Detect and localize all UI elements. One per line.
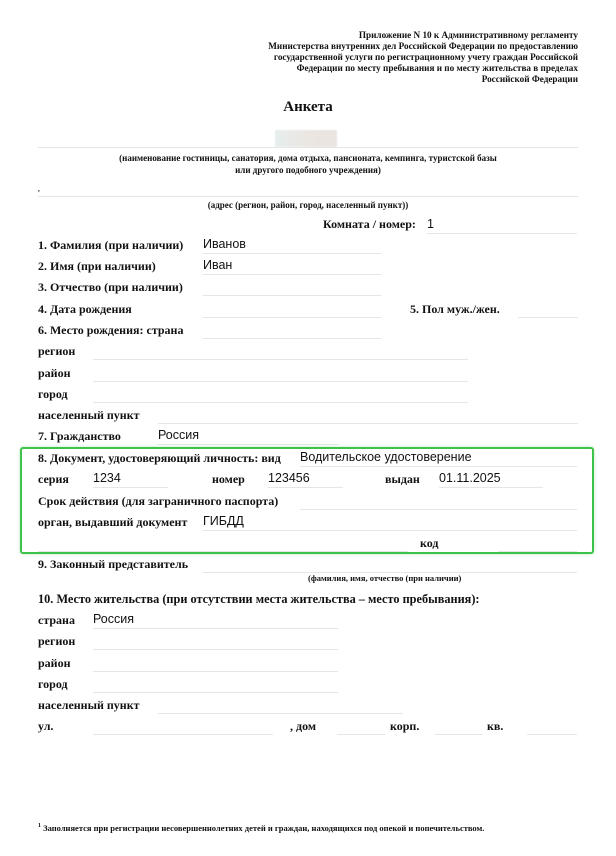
authority-label: орган, выдавший документ: [38, 515, 187, 530]
residence-locality-input[interactable]: [158, 695, 403, 714]
authority-continuation-input[interactable]: [38, 533, 408, 552]
validity-label: Срок действия (для заграничного паспорта…: [38, 494, 278, 509]
issued-date-input[interactable]: [439, 469, 543, 488]
birth-date-input[interactable]: [203, 299, 381, 318]
representative-label: 9. Законный представитель: [38, 557, 188, 572]
residence-country-label: страна: [38, 613, 75, 628]
residence-label: 10. Место жительства (при отсутствии мес…: [38, 592, 480, 607]
birth-date-label: 4. Дата рождения: [38, 302, 132, 317]
surname-input[interactable]: [203, 235, 381, 254]
birth-country-label: 6. Место рождения: страна: [38, 323, 183, 338]
document-type-input[interactable]: [300, 448, 577, 467]
birth-city-label: город: [38, 387, 68, 402]
residence-region-label: регион: [38, 634, 75, 649]
apartment-label: кв.: [487, 719, 503, 734]
patronymic-input[interactable]: [203, 277, 381, 296]
sex-input[interactable]: [518, 299, 578, 318]
validity-input[interactable]: [300, 491, 577, 510]
residence-country-input[interactable]: [93, 610, 338, 629]
residence-district-input[interactable]: [93, 653, 338, 672]
appendix-line: Российской Федерации: [238, 74, 578, 85]
patronymic-label: 3. Отчество (при наличии): [38, 280, 183, 295]
institution-name-redacted: [275, 130, 337, 147]
room-label: Комната / номер:: [323, 217, 416, 232]
residence-region-input[interactable]: [93, 631, 338, 650]
name-input[interactable]: [203, 256, 381, 275]
apartment-input[interactable]: [527, 716, 577, 735]
birth-region-label: регион: [38, 344, 75, 359]
birth-locality-input[interactable]: [158, 405, 578, 424]
footnote-marker: 1: [38, 823, 41, 829]
number-label: номер: [212, 472, 245, 487]
residence-city-input[interactable]: [93, 674, 338, 693]
issued-label: выдан: [385, 472, 420, 487]
address-field[interactable]: [38, 196, 578, 197]
birth-district-input[interactable]: [93, 363, 468, 382]
address-caption: (адрес (регион, район, город, населенный…: [38, 199, 578, 211]
birth-country-input[interactable]: [203, 320, 381, 339]
name-label: 2. Имя (при наличии): [38, 259, 156, 274]
code-label: код: [420, 536, 438, 551]
code-input[interactable]: [498, 533, 577, 552]
appendix-line: государственной услуги по регистрационно…: [238, 52, 578, 63]
number-input[interactable]: [268, 469, 343, 488]
street-input[interactable]: [93, 716, 273, 735]
institution-caption-line1: (наименование гостиницы, санатория, дома…: [38, 152, 578, 164]
birth-locality-label: населенный пункт: [38, 408, 140, 423]
document-type-label: 8. Документ, удостоверяющий личность: ви…: [38, 451, 281, 466]
appendix-line: Федерации по месту пребывания и по месту…: [238, 63, 578, 74]
representative-input[interactable]: [203, 554, 577, 573]
residence-district-label: район: [38, 656, 71, 671]
institution-name-field[interactable]: [38, 147, 578, 148]
building-label: корп.: [390, 719, 419, 734]
institution-caption: (наименование гостиницы, санатория, дома…: [38, 152, 578, 176]
authority-input[interactable]: [203, 512, 577, 531]
representative-caption: (фамилия, имя, отчество (при наличии): [308, 573, 461, 583]
building-input[interactable]: [435, 716, 483, 735]
birth-city-input[interactable]: [93, 384, 468, 403]
room-input[interactable]: [427, 215, 577, 234]
birth-region-input[interactable]: [93, 341, 468, 360]
form-title: Анкета: [0, 99, 616, 116]
citizenship-input[interactable]: [158, 426, 338, 445]
appendix-line: Приложение N 10 к Административному регл…: [238, 30, 578, 41]
sex-label: 5. Пол муж./жен.: [410, 302, 500, 317]
surname-label: 1. Фамилия (при наличии): [38, 238, 183, 253]
street-label: ул.: [38, 719, 53, 734]
house-input[interactable]: [337, 716, 385, 735]
series-input[interactable]: [93, 469, 168, 488]
appendix-header: Приложение N 10 к Административному регл…: [238, 30, 578, 85]
address-value: ,: [38, 185, 40, 193]
footnote: 1 Заполняется при регистрации несовершен…: [38, 823, 484, 833]
house-label: , дом: [290, 719, 316, 734]
residence-city-label: город: [38, 677, 68, 692]
citizenship-label: 7. Гражданство: [38, 429, 121, 444]
residence-locality-label: населенный пункт: [38, 698, 140, 713]
series-label: серия: [38, 472, 69, 487]
appendix-line: Министерства внутренних дел Российской Ф…: [238, 41, 578, 52]
birth-district-label: район: [38, 366, 71, 381]
institution-caption-line2: или другого подобного учреждения): [38, 164, 578, 176]
footnote-text: Заполняется при регистрации несовершенно…: [43, 823, 484, 833]
